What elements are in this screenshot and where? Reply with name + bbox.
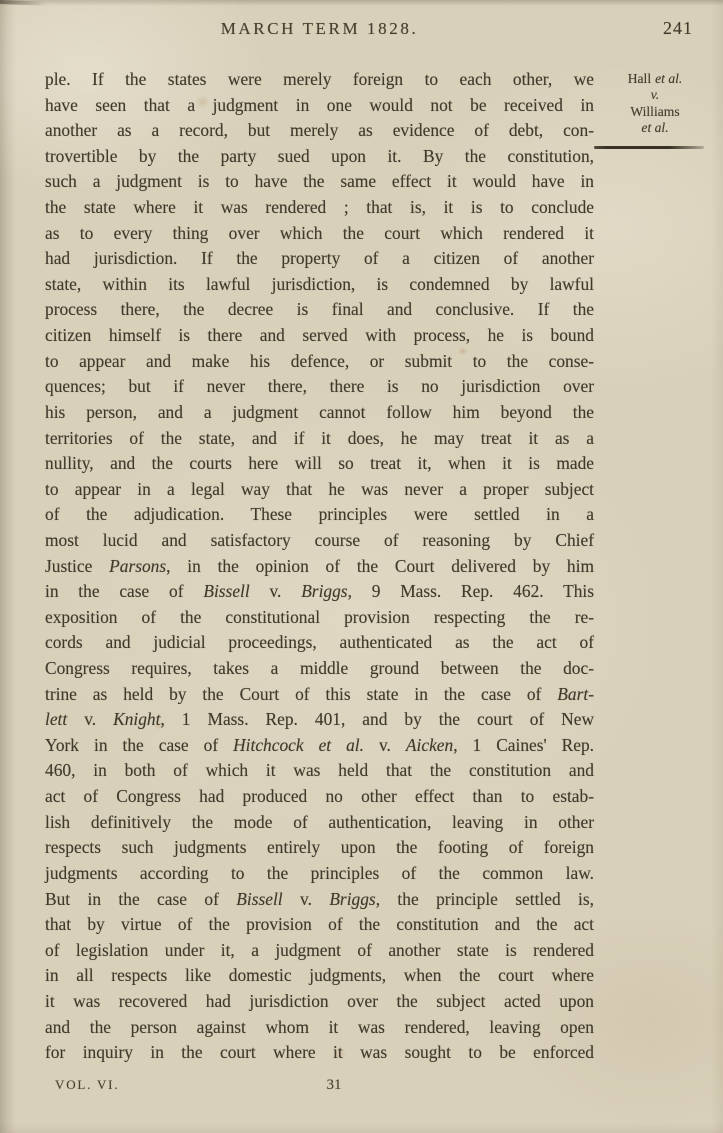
text-line: citizen himself is there and served with… <box>45 323 594 349</box>
text-line: it was recovered had jurisdiction over t… <box>45 989 594 1015</box>
running-header: MARCH TERM 1828. <box>45 19 594 39</box>
text-line: quences; but if never there, there is no… <box>45 374 594 400</box>
text-line: of legislation under it, a judgment of a… <box>45 938 594 964</box>
text-line: Congress requires, takes a middle ground… <box>45 656 594 682</box>
text-line: respects such judgments entirely upon th… <box>45 835 594 861</box>
text-line: lish definitively the mode of authentica… <box>45 810 594 836</box>
text-line: ple. If the states were merely foreign t… <box>45 67 594 93</box>
margin-case-note: Hallet al. v. Williams et al. <box>597 71 713 149</box>
text-line: of the adjudication. These principles we… <box>45 502 594 528</box>
text-line: his person, and a judgment cannot follow… <box>45 400 594 426</box>
body-text: ple. If the states were merely foreign t… <box>45 67 594 1066</box>
text-line: cords and judicial proceedings, authenti… <box>45 630 594 656</box>
text-line: and the person against whom it was rende… <box>45 1015 594 1041</box>
text-line: to appear in a legal way that he was nev… <box>45 477 594 503</box>
text-line: nullity, and the courts here will so tre… <box>45 451 594 477</box>
text-line: Justice Parsons, in the opinion of the C… <box>45 554 594 580</box>
text-line: lett v. Knight, 1 Mass. Rep. 401, and by… <box>45 707 594 733</box>
text-line: territories of the state, and if it does… <box>45 426 594 452</box>
text-line: such a judgment is to have the same effe… <box>45 169 594 195</box>
text-line: have seen that a judgment in one would n… <box>45 93 594 119</box>
text-line: most lucid and satisfactory course of re… <box>45 528 594 554</box>
text-line: in all respects like domestic judgments,… <box>45 963 594 989</box>
margin-party-defendant: Williams <box>597 104 713 120</box>
text-line: to appear and make his defence, or submi… <box>45 349 594 375</box>
text-line: another as a record, but merely as evide… <box>45 118 594 144</box>
text-line: the state where it was rendered ; that i… <box>45 195 594 221</box>
margin-party-plaintiff: Hallet al. <box>597 71 713 87</box>
text-line: trine as held by the Court of this state… <box>45 682 594 708</box>
text-line: trovertible by the party sued upon it. B… <box>45 144 594 170</box>
text-line: 460, in both of which it was held that t… <box>45 758 594 784</box>
text-line: exposition of the constitutional provisi… <box>45 605 594 631</box>
margin-versus: v. <box>597 87 713 103</box>
text-line: act of Congress had produced no other ef… <box>45 784 594 810</box>
scanned-book-page: MARCH TERM 1828. 241 ple. If the states … <box>0 0 723 1133</box>
text-line: judgments according to the principles of… <box>45 861 594 887</box>
text-line: state, within its lawful jurisdiction, i… <box>45 272 594 298</box>
text-line: process there, the decree is final and c… <box>45 297 594 323</box>
text-line: York in the case of Hitchcock et al. v. … <box>45 733 594 759</box>
page-number: 241 <box>663 18 693 39</box>
margin-etal-1: et al. <box>655 71 682 86</box>
text-line: for inquiry in the court where it was so… <box>45 1040 594 1066</box>
page-edge-mark <box>0 0 46 6</box>
footer-signature-mark: 31 <box>45 1077 623 1094</box>
margin-etal-2: et al. <box>597 120 713 136</box>
margin-rule-divider <box>594 146 704 149</box>
text-line: had jurisdiction. If the property of a c… <box>45 246 594 272</box>
text-line: But in the case of Bissell v. Briggs, th… <box>45 887 594 913</box>
text-line: in the case of Bissell v. Briggs, 9 Mass… <box>45 579 594 605</box>
text-line: as to every thing over which the court w… <box>45 221 594 247</box>
text-line: that by virtue of the provision of the c… <box>45 912 594 938</box>
